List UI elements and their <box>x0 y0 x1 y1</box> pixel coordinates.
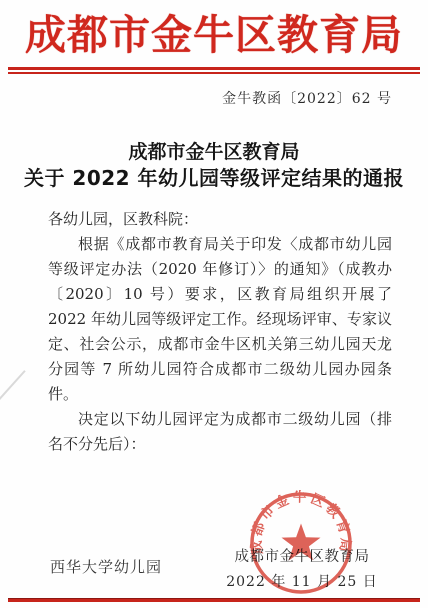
letterhead-double-rule <box>8 67 420 74</box>
signature-date: 2022 年 11 月 25 日 <box>222 573 382 591</box>
signature-block: 成都市金牛区教育局 2022 年 11 月 25 日 <box>222 548 382 591</box>
salutation: 各幼儿园，区教科院： <box>48 207 392 232</box>
document-title: 成都市金牛区教育局 关于 2022 年幼儿园等级评定结果的通报 <box>0 141 428 191</box>
body-paragraph-2: 决定以下幼儿园评定为成都市二级幼儿园（排名不分先后）： <box>48 407 392 457</box>
document-title-line1: 成都市金牛区教育局 <box>0 141 428 163</box>
official-document-page: 成都市金牛区教育局 金牛教函〔2022〕62 号 成都市金牛区教育局 关于 20… <box>0 0 428 608</box>
document-title-line2: 关于 2022 年幼儿园等级评定结果的通报 <box>0 165 428 191</box>
letterhead: 成都市金牛区教育局 金牛教函〔2022〕62 号 <box>0 0 428 108</box>
document-number: 金牛教函〔2022〕62 号 <box>0 88 392 108</box>
document-body: 各幼儿园，区教科院： 根据《成都市教育局关于印发〈成都市幼儿园等级评定办法（20… <box>48 207 392 580</box>
body-paragraph-1: 根据《成都市教育局关于印发〈成都市幼儿园等级评定办法（2020 年修订）〉的通知… <box>48 232 392 407</box>
signature-agency: 成都市金牛区教育局 <box>222 548 382 566</box>
footer-rule <box>8 598 420 602</box>
scan-artifact-line <box>0 370 25 405</box>
letterhead-title: 成都市金牛区教育局 <box>0 10 428 60</box>
